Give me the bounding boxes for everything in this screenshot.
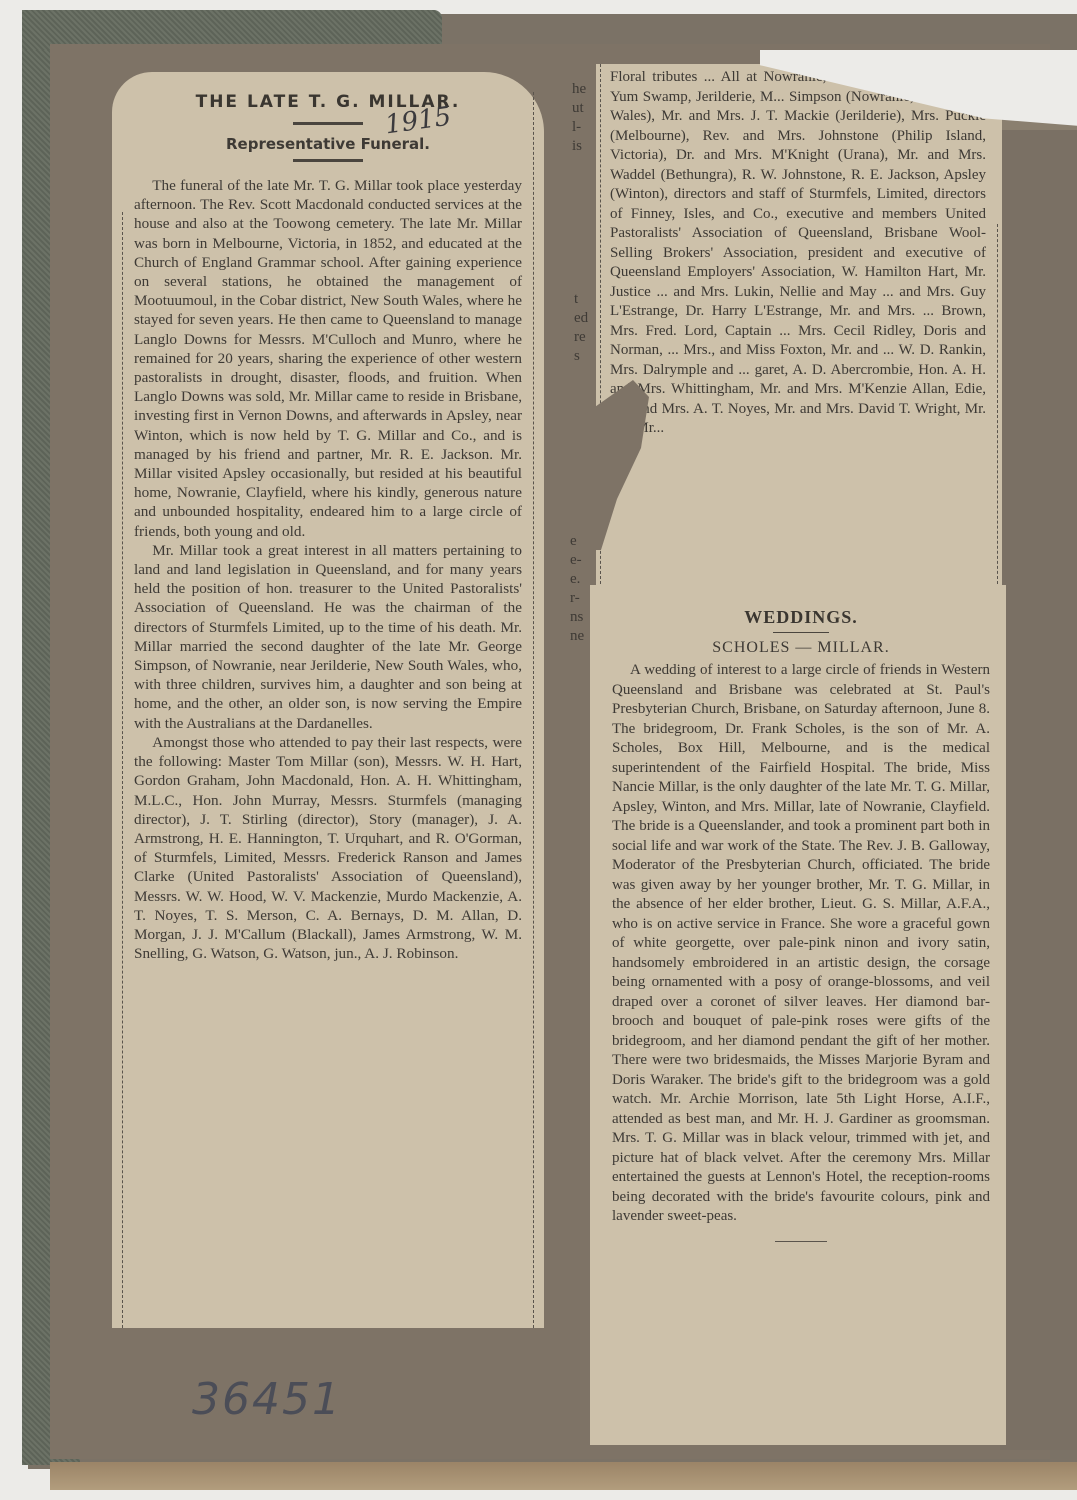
tributes-text: Floral tributes ... All at Nowranie, ...… bbox=[610, 68, 986, 439]
end-divider bbox=[775, 1241, 827, 1242]
weddings-clipping: WEDDINGS. SCHOLES — MILLAR. A wedding of… bbox=[590, 585, 1006, 1445]
article-title: SCHOLES — MILLAR. bbox=[612, 639, 990, 657]
column-rule bbox=[997, 224, 998, 589]
headline: THE LATE T. G. MILLAR. bbox=[134, 92, 522, 112]
section-title: WEDDINGS. bbox=[612, 607, 990, 628]
paragraph: Mr. Millar took a great interest in all … bbox=[134, 541, 522, 733]
page-bottom-edge bbox=[50, 1462, 1077, 1490]
article-body: The funeral of the late Mr. T. G. Millar… bbox=[134, 176, 522, 963]
margin-fragment-center-mid: t ed re s bbox=[574, 290, 588, 366]
accession-number: 36451 bbox=[192, 1374, 342, 1425]
margin-fragment-center-low: e e- e. r- ns ne bbox=[570, 532, 584, 646]
divider bbox=[293, 122, 363, 125]
floral-tributes-clipping: Floral tributes ... All at Nowranie, ...… bbox=[596, 64, 1002, 589]
divider bbox=[773, 632, 829, 633]
margin-fragment-center-top: he ut l- is bbox=[572, 80, 586, 156]
page-right-edge bbox=[1000, 120, 1077, 1450]
paragraph: The funeral of the late Mr. T. G. Millar… bbox=[134, 176, 522, 541]
divider bbox=[293, 159, 363, 162]
column-rule bbox=[533, 92, 534, 1328]
subheadline: Representative Funeral. bbox=[134, 135, 522, 153]
paragraph: Amongst those who attended to pay their … bbox=[134, 733, 522, 963]
article-body: A wedding of interest to a large circle … bbox=[612, 661, 990, 1227]
funeral-clipping: THE LATE T. G. MILLAR. Representative Fu… bbox=[112, 72, 544, 1328]
column-rule bbox=[122, 212, 123, 1328]
